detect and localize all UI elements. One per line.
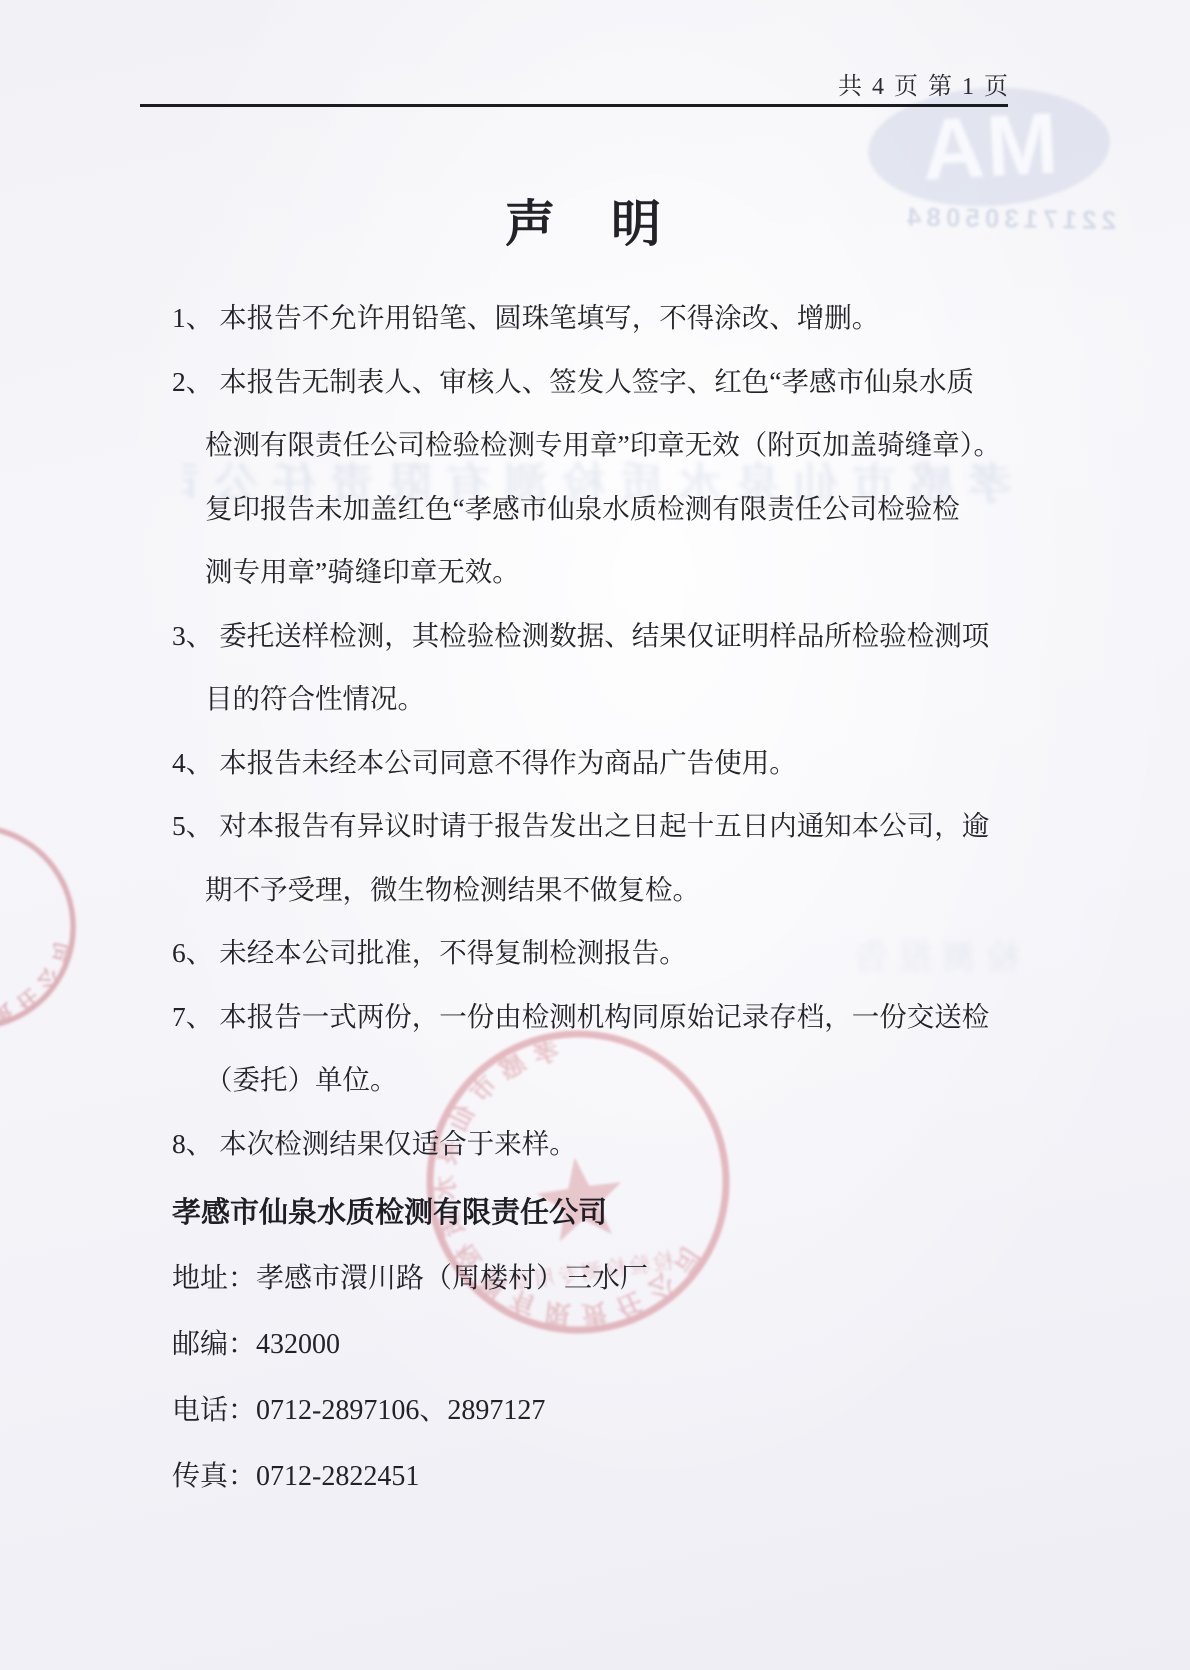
seal-ring-text: 孝感市仙泉水质检测有限责任公司	[0, 804, 95, 1050]
statement-item-3: 3、委托送样检测，其检验检测数据、结果仅证明样品所检验检测项	[172, 604, 1014, 668]
red-seal-stamp-left-edge: 孝感市仙泉水质检测有限责任公司	[0, 791, 109, 1064]
item-number: 6、	[172, 937, 219, 968]
statement-item-2-cont: 测专用章”骑缝印章无效。	[172, 540, 1014, 604]
page-title: 声 明	[0, 184, 1166, 256]
title-char: 明	[611, 184, 661, 256]
item-number: 7、	[172, 1001, 219, 1032]
statement-item-2: 2、本报告无制表人、审核人、签发人签字、红色“孝感市仙泉水质	[172, 350, 1014, 414]
company-zipcode: 邮编：432000	[172, 1312, 1032, 1378]
item-number: 8、	[172, 1128, 219, 1159]
title-char: 声	[505, 184, 555, 256]
company-contact-block: 孝感市仙泉水质检测有限责任公司 地址：孝感市澴川路（周楼村）三水厂 邮编：432…	[172, 1180, 1032, 1510]
item-text: 对本报告有异议时请于报告发出之日起十五日内通知本公司，逾	[219, 810, 989, 841]
statement-item-7-cont: （委托）单位。	[172, 1048, 1014, 1112]
item-number: 3、	[172, 620, 219, 651]
item-text: 未经本公司批准，不得复制检测报告。	[219, 937, 687, 968]
statement-list: 1、本报告不允许用铅笔、圆珠笔填写，不得涂改、增删。 2、本报告无制表人、审核人…	[172, 286, 1014, 1175]
header-rule	[140, 104, 1008, 107]
svg-text:孝感市仙泉水质检测有限责任公司: 孝感市仙泉水质检测有限责任公司	[0, 804, 95, 1050]
item-text: 本次检测结果仅适合于来样。	[219, 1128, 577, 1159]
statement-item-4: 4、本报告未经本公司同意不得作为商品广告使用。	[172, 731, 1014, 795]
item-text: 本报告未经本公司同意不得作为商品广告使用。	[219, 747, 797, 778]
item-text: 本报告无制表人、审核人、签发人签字、红色“孝感市仙泉水质	[219, 366, 974, 397]
statement-item-2-cont: 检测有限责任公司检验检测专用章”印章无效（附页加盖骑缝章）。	[172, 413, 1014, 477]
scanned-statement-page: 孝感市仙泉水质检测有限责任公司 检测报告 MA 22171305084 孝感市仙…	[0, 0, 1190, 1670]
statement-item-8: 8、本次检测结果仅适合于来样。	[172, 1112, 1014, 1176]
item-text: 本报告一式两份，一份由检测机构同原始记录存档，一份交送检	[219, 1001, 989, 1032]
statement-item-3-cont: 目的符合性情况。	[172, 667, 1014, 731]
company-name: 孝感市仙泉水质检测有限责任公司	[172, 1180, 1032, 1246]
statement-item-5-cont: 期不予受理，微生物检测结果不做复检。	[172, 858, 1014, 922]
statement-item-7: 7、本报告一式两份，一份由检测机构同原始记录存档，一份交送检	[172, 985, 1014, 1049]
company-address: 地址：孝感市澴川路（周楼村）三水厂	[172, 1246, 1032, 1312]
item-text: 本报告不允许用铅笔、圆珠笔填写，不得涂改、增删。	[219, 302, 879, 333]
statement-item-5: 5、对本报告有异议时请于报告发出之日起十五日内通知本公司，逾	[172, 794, 1014, 858]
item-number: 5、	[172, 810, 219, 841]
page-number-info: 共 4 页 第 1 页	[838, 66, 1010, 101]
item-number: 2、	[172, 366, 219, 397]
item-number: 4、	[172, 747, 219, 778]
company-phone: 电话：0712-2897106、2897127	[172, 1378, 1032, 1444]
item-number: 1、	[172, 302, 219, 333]
statement-item-1: 1、本报告不允许用铅笔、圆珠笔填写，不得涂改、增删。	[172, 286, 1014, 350]
statement-item-2-cont: 复印报告未加盖红色“孝感市仙泉水质检测有限责任公司检验检	[172, 477, 1014, 541]
statement-item-6: 6、未经本公司批准，不得复制检测报告。	[172, 921, 1014, 985]
item-text: 委托送样检测，其检验检测数据、结果仅证明样品所检验检测项	[219, 620, 989, 651]
company-fax: 传真：0712-2822451	[172, 1444, 1032, 1510]
